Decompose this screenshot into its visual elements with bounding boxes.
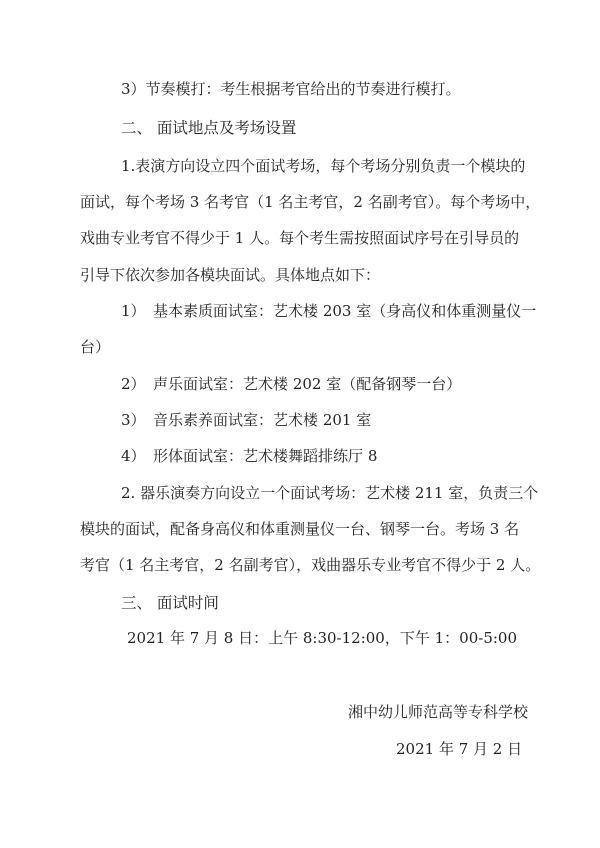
paragraph-instrumental-line1: 2. 器乐演奏方向设立一个面试考场：艺术楼 211 室，负责三个: [121, 483, 538, 503]
section-heading-time: 三、 面试时间: [121, 593, 219, 613]
signature-date: 2021 年 7 月 2 日: [396, 739, 522, 759]
interview-schedule: 2021 年 7 月 8 日：上午 8:30-12:00，下午 1：00-5:0…: [127, 628, 517, 648]
signature-school-name: 湘中幼儿师范高等专科学校: [348, 702, 528, 722]
list-item-music-literacy-room: 3） 音乐素养面试室：艺术楼 201 室: [121, 410, 371, 430]
paragraph-performance-line3: 戏曲专业考官不得少于 1 人。每个考生需按照面试序号在引导员的: [80, 228, 519, 248]
paragraph-performance-line2: 面试，每个考场 3 名考官（1 名主考官，2 名副考官）。每个考场中，: [80, 192, 540, 212]
list-item-basic-quality-room-cont: 台）: [80, 337, 110, 357]
paragraph-performance-line1: 1.表演方向设立四个面试考场，每个考场分别负责一个模块的: [121, 156, 525, 176]
list-item-physique-room: 4） 形体面试室：艺术楼舞蹈排练厅 8: [121, 446, 377, 466]
section-heading-location: 二、 面试地点及考场设置: [121, 118, 296, 138]
paragraph-instrumental-line3: 考官（1 名主考官，2 名副考官），戏曲器乐专业考官不得少于 2 人。: [80, 555, 540, 575]
paragraph-instrumental-line2: 模块的面试，配备身高仪和体重测量仪一台、钢琴一台。考场 3 名: [80, 519, 519, 539]
paragraph-rhythm-item: 3）节奏模打：考生根据考官给出的节奏进行模打。: [121, 79, 461, 99]
paragraph-performance-line4: 引导下依次参加各模块面试。具体地点如下：: [80, 265, 380, 285]
list-item-vocal-room: 2） 声乐面试室：艺术楼 202 室（配备钢琴一台）: [121, 374, 461, 394]
list-item-basic-quality-room: 1） 基本素质面试室：艺术楼 203 室（身高仪和体重测量仪一: [121, 301, 536, 321]
